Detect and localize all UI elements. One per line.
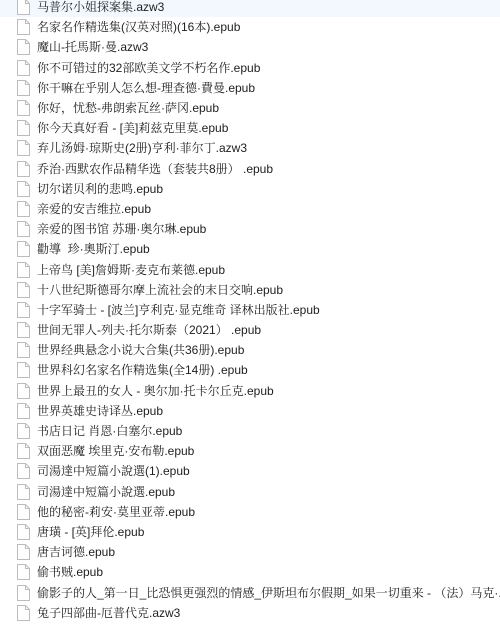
file-name: 十八世纪斯德哥尔摩上流社会的末日交响.epub [37, 282, 283, 298]
file-name: 上帝鸟 [美]詹姆斯·麦克布莱德.epub [37, 262, 225, 278]
file-row[interactable]: 弃儿汤姆·琼斯史(2册)亨利·菲尔丁.azw3 [0, 138, 500, 158]
file-row[interactable]: 司湯達中短篇小說選.epub [0, 482, 500, 502]
file-row[interactable]: 你干嘛在乎别人怎么想-理查德·費曼.epub [0, 78, 500, 98]
file-row[interactable]: 偷书贼.epub [0, 562, 500, 582]
document-icon [17, 443, 30, 459]
file-row[interactable]: 马普尔小姐探案集.azw3 [0, 0, 500, 17]
file-row[interactable]: 亲爱的安吉维拉.epub [0, 199, 500, 219]
file-name: 勸導 珍·奧斯汀.epub [37, 241, 150, 257]
file-name: 你干嘛在乎别人怎么想-理查德·費曼.epub [37, 80, 255, 96]
file-row[interactable]: 唐璜 - [英]拜伦.epub [0, 522, 500, 542]
document-icon [17, 0, 30, 15]
file-name: 偷影子的人_第一日_比恐惧更强烈的情感_伊斯坦布尔假期_如果一切重来 - （法）… [37, 585, 500, 601]
file-name: 世界科幻名家名作精选集(全14册) .epub [37, 362, 248, 378]
document-icon [17, 564, 30, 580]
file-name: 弃儿汤姆·琼斯史(2册)亨利·菲尔丁.azw3 [37, 140, 247, 156]
file-name: 你好，忧愁-弗朗索瓦丝·萨冈.epub [37, 100, 219, 116]
file-row[interactable]: 司湯達中短篇小說選(1).epub [0, 461, 500, 481]
file-row[interactable]: 世间无罪人-列夫·托尔斯泰（2021） .epub [0, 320, 500, 340]
file-name: 唐璜 - [英]拜伦.epub [37, 524, 144, 540]
document-icon [17, 201, 30, 217]
document-icon [17, 524, 30, 540]
file-row[interactable]: 你好，忧愁-弗朗索瓦丝·萨冈.epub [0, 98, 500, 118]
document-icon [17, 302, 30, 318]
document-icon [17, 100, 30, 116]
file-name: 司湯達中短篇小說選(1).epub [37, 463, 190, 479]
file-row[interactable]: 唐吉诃德.epub [0, 542, 500, 562]
file-name: 魔山-托馬斯·曼.azw3 [37, 39, 148, 55]
document-icon [17, 403, 30, 419]
file-name: 亲爱的图书馆 苏珊·奥尔琳.epub [37, 221, 206, 237]
document-icon [17, 19, 30, 35]
file-row[interactable]: 世界科幻名家名作精选集(全14册) .epub [0, 360, 500, 380]
file-row[interactable]: 魔山-托馬斯·曼.azw3 [0, 37, 500, 57]
document-icon [17, 80, 30, 96]
file-row[interactable]: 名家名作精选集(汉英对照)(16本).epub [0, 17, 500, 37]
file-row[interactable]: 他的秘密-莉安·莫里亚蒂.epub [0, 502, 500, 522]
file-row[interactable]: 十八世纪斯德哥尔摩上流社会的末日交响.epub [0, 280, 500, 300]
file-name: 世间无罪人-列夫·托尔斯泰（2021） .epub [37, 322, 261, 338]
document-icon [17, 362, 30, 378]
file-name: 你不可错过的32部欧美文学不朽名作.epub [37, 60, 260, 76]
file-row[interactable]: 兔子四部曲-厄普代克.azw3 [0, 603, 500, 623]
file-name: 偷书贼.epub [37, 564, 103, 580]
file-name: 你今天真好看 - [美]莉兹克里莫.epub [37, 120, 228, 136]
file-name: 书店日记 肖恩·白塞尔.epub [37, 423, 182, 439]
document-icon [17, 322, 30, 338]
file-row[interactable]: 勸導 珍·奧斯汀.epub [0, 239, 500, 259]
file-name: 唐吉诃德.epub [37, 544, 115, 560]
file-name: 世界英雄史诗译丛.epub [37, 403, 163, 419]
file-name: 双面恶魔 埃里克·安布勒.epub [37, 443, 194, 459]
file-row[interactable]: 你不可错过的32部欧美文学不朽名作.epub [0, 58, 500, 78]
file-name: 世界上最丑的女人 - 奥尔加·托卡尔丘克.epub [37, 383, 274, 399]
file-name: 他的秘密-莉安·莫里亚蒂.epub [37, 504, 195, 520]
file-name: 司湯達中短篇小說選.epub [37, 484, 175, 500]
document-icon [17, 262, 30, 278]
file-name: 世界经典悬念小说大合集(共36册).epub [37, 342, 244, 358]
file-row[interactable]: 偷影子的人_第一日_比恐惧更强烈的情感_伊斯坦布尔假期_如果一切重来 - （法）… [0, 582, 500, 602]
file-list: 马普尔小姐探案集.azw3 名家名作精选集(汉英对照)(16本).epub 魔山… [0, 0, 500, 623]
file-row[interactable]: 书店日记 肖恩·白塞尔.epub [0, 421, 500, 441]
file-name: 亲爱的安吉维拉.epub [37, 201, 151, 217]
document-icon [17, 463, 30, 479]
file-row[interactable]: 亲爱的图书馆 苏珊·奥尔琳.epub [0, 219, 500, 239]
document-icon [17, 544, 30, 560]
file-name: 乔治·西默农作品精华选（套装共8册） .epub [37, 161, 273, 177]
document-icon [17, 342, 30, 358]
file-name: 切尔诺贝利的悲鸣.epub [37, 181, 163, 197]
file-row[interactable]: 上帝鸟 [美]詹姆斯·麦克布莱德.epub [0, 259, 500, 279]
document-icon [17, 241, 30, 257]
file-row[interactable]: 世界英雄史诗译丛.epub [0, 401, 500, 421]
file-row[interactable]: 世界经典悬念小说大合集(共36册).epub [0, 340, 500, 360]
document-icon [17, 39, 30, 55]
file-row[interactable]: 乔治·西默农作品精华选（套装共8册） .epub [0, 159, 500, 179]
file-name: 名家名作精选集(汉英对照)(16本).epub [37, 19, 240, 35]
file-row[interactable]: 十字军骑士 - [波兰]亨利克·显克维奇 译林出版社.epub [0, 300, 500, 320]
document-icon [17, 181, 30, 197]
file-name: 十字军骑士 - [波兰]亨利克·显克维奇 译林出版社.epub [37, 302, 320, 318]
file-row[interactable]: 世界上最丑的女人 - 奥尔加·托卡尔丘克.epub [0, 381, 500, 401]
document-icon [17, 484, 30, 500]
file-row[interactable]: 你今天真好看 - [美]莉兹克里莫.epub [0, 118, 500, 138]
file-row[interactable]: 双面恶魔 埃里克·安布勒.epub [0, 441, 500, 461]
document-icon [17, 383, 30, 399]
document-icon [17, 585, 30, 601]
file-row[interactable]: 切尔诺贝利的悲鸣.epub [0, 179, 500, 199]
document-icon [17, 120, 30, 136]
document-icon [17, 504, 30, 520]
document-icon [17, 282, 30, 298]
document-icon [17, 140, 30, 156]
document-icon [17, 221, 30, 237]
document-icon [17, 423, 30, 439]
file-name: 兔子四部曲-厄普代克.azw3 [37, 605, 180, 621]
file-name: 马普尔小姐探案集.azw3 [37, 0, 164, 15]
document-icon [17, 60, 30, 76]
document-icon [17, 605, 30, 621]
document-icon [17, 161, 30, 177]
